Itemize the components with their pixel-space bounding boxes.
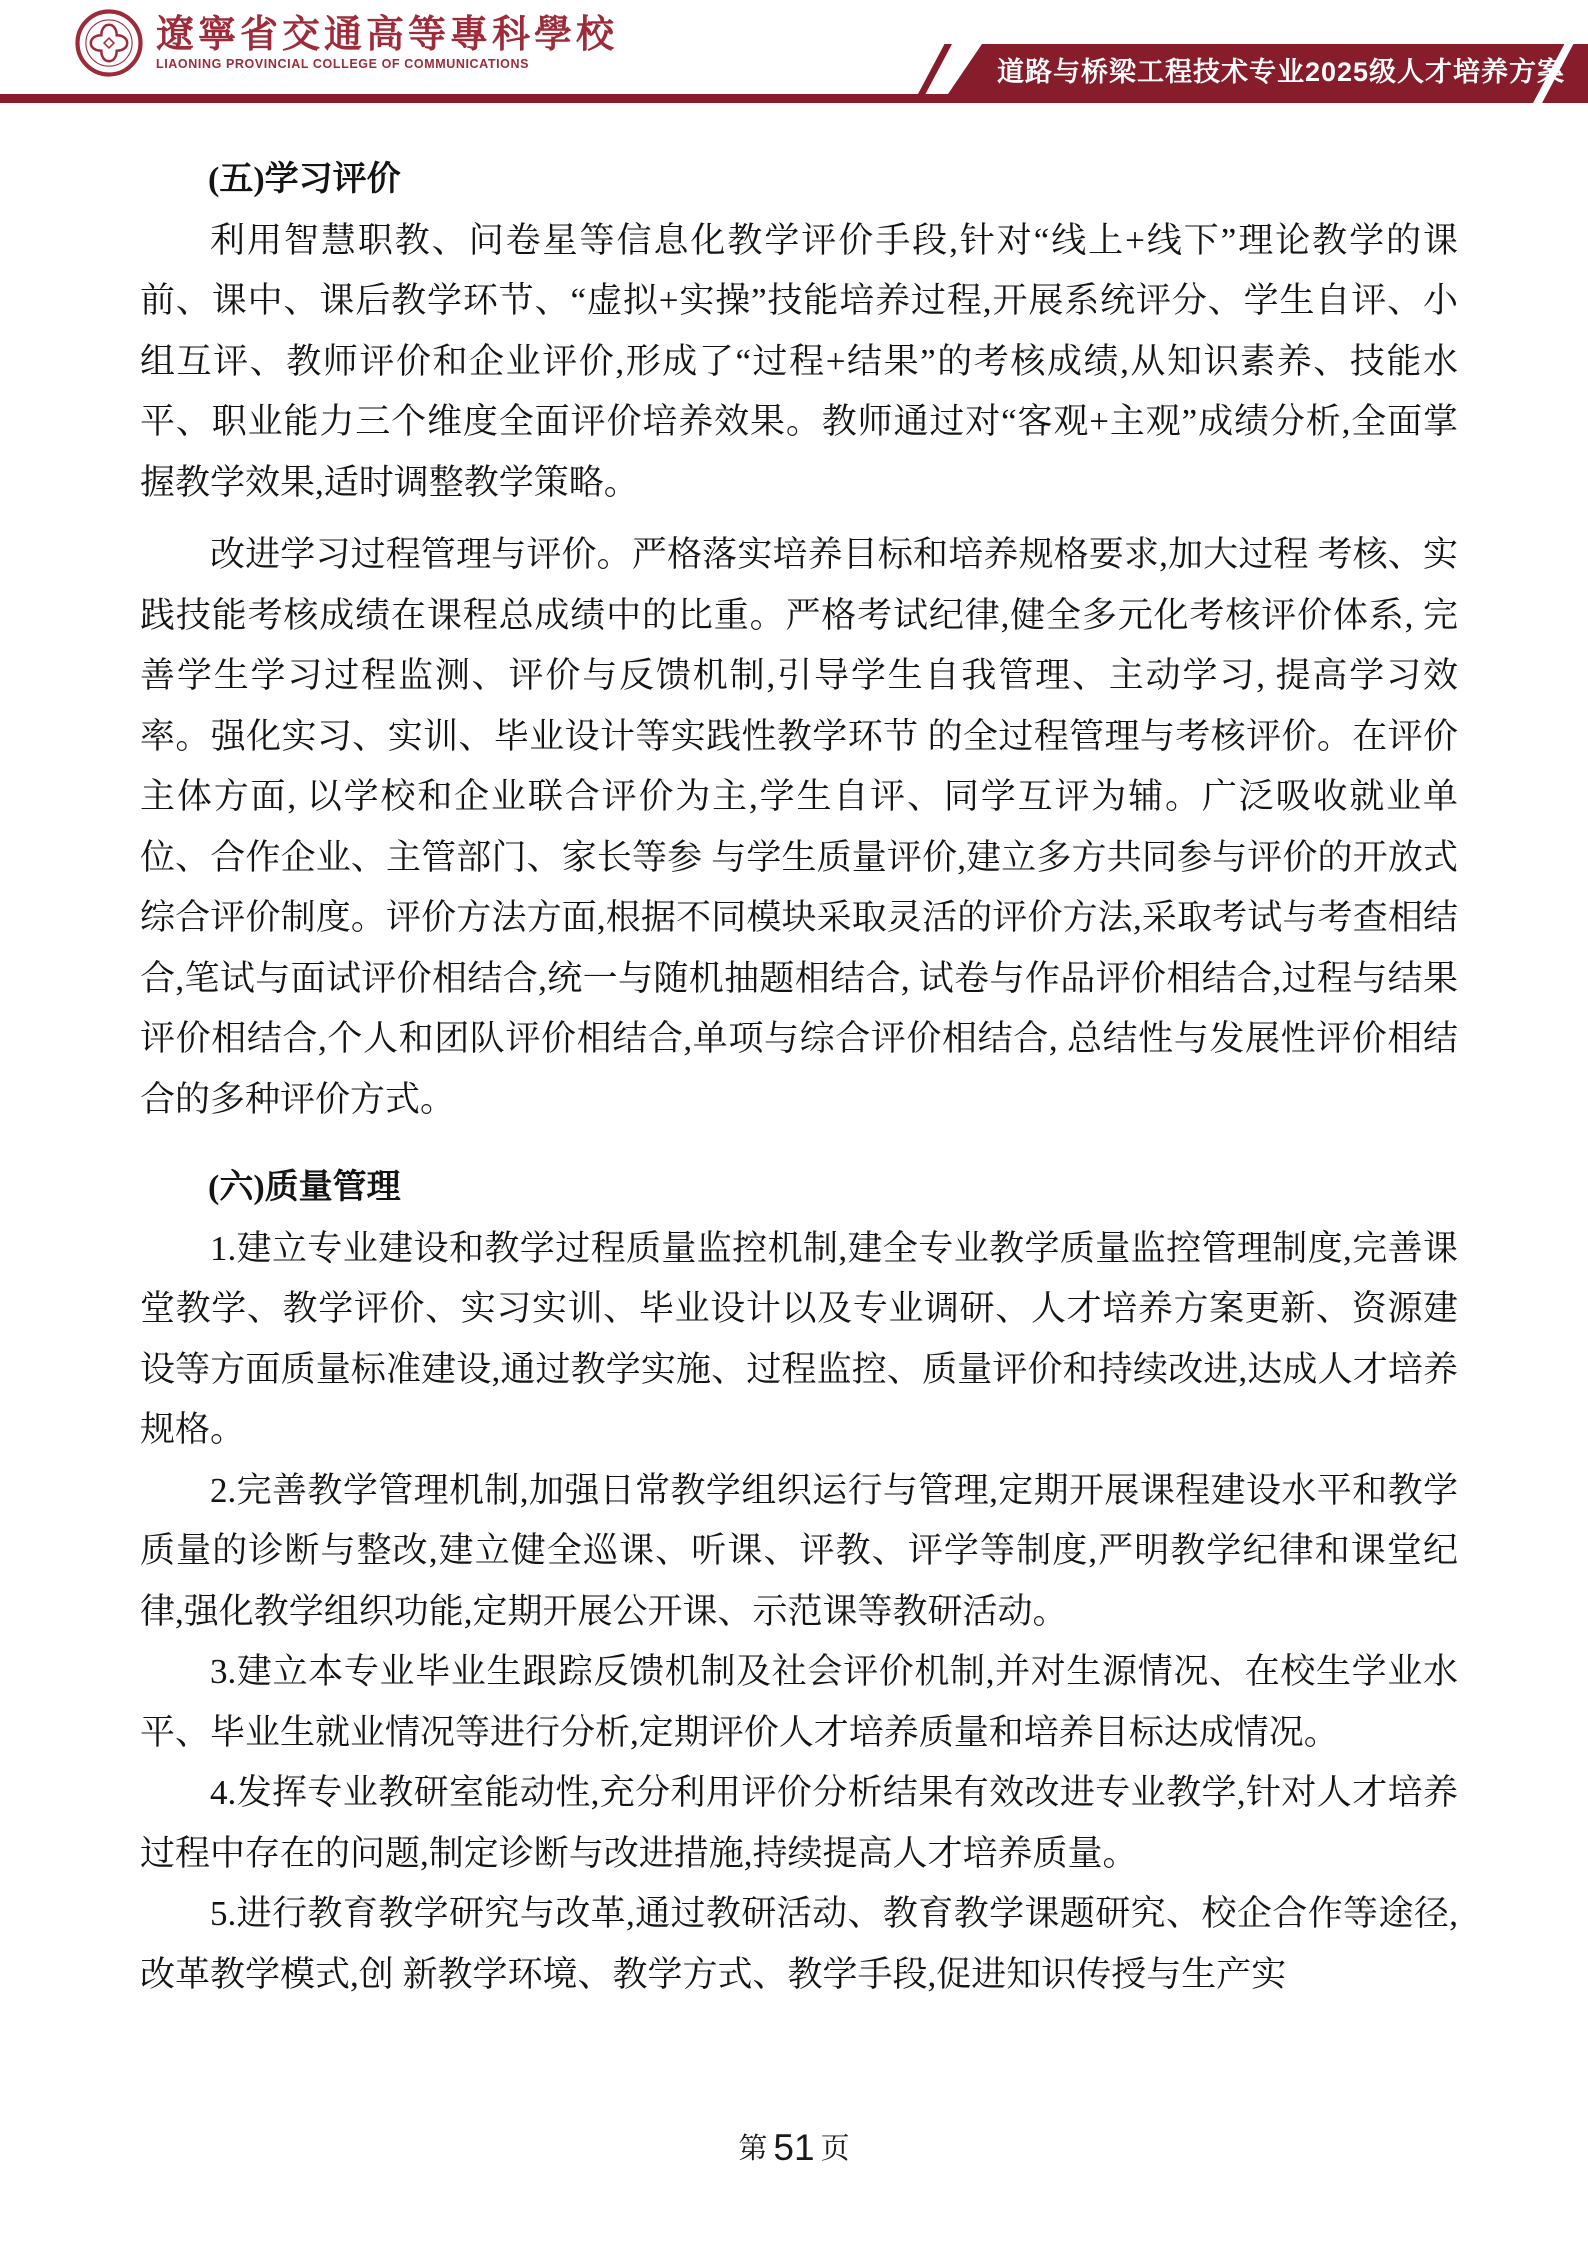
page-header: 遼寧省交通高等專科學校 LIAONING PROVINCIAL COLLEGE … [0,0,1588,104]
page-footer: 第51页 [0,2126,1588,2169]
header-banner: 道路与桥梁工程技术专业2025级人才培养方案 [948,44,1588,94]
section-5-paragraph-1: 利用智慧职教、问卷星等信息化教学评价手段,针对“线上+线下”理论教学的课前、课中… [140,211,1458,514]
section-6-item-1: 1.建立专业建设和教学过程质量监控机制,建全专业教学质量监控管理制度,完善课堂教… [140,1219,1458,1461]
banner-accent-stripe [918,44,952,94]
page-number: 51 [767,2127,820,2168]
section-6-item-3: 3.建立本专业毕业生跟踪反馈机制及社会评价机制,并对生源情况、在校生学业水平、毕… [140,1642,1458,1763]
section-5-heading: (五)学习评价 [140,150,1458,211]
school-name-en: LIAONING PROVINCIAL COLLEGE OF COMMUNICA… [156,56,618,72]
school-seal-icon [74,8,144,78]
section-5-paragraph-2: 改进学习过程管理与评价。严格落实培养目标和培养规格要求,加大过程 考核、实践技能… [140,525,1458,1130]
school-logo: 遼寧省交通高等專科學校 LIAONING PROVINCIAL COLLEGE … [74,8,618,78]
header-divider-rule [0,94,1588,103]
section-6-item-2: 2.完善教学管理机制,加强日常教学组织运行与管理,定期开展课程建设水平和教学质量… [140,1461,1458,1643]
page-number-prefix: 第 [738,2133,767,2165]
section-6-heading: (六)质量管理 [140,1158,1458,1219]
section-6-item-5: 5.进行教育教学研究与改革,通过教研活动、教育教学课题研究、校企合作等途径, 改… [140,1884,1458,2005]
document-body: (五)学习评价 利用智慧职教、问卷星等信息化教学评价手段,针对“线上+线下”理论… [0,104,1588,2005]
page-number-suffix: 页 [821,2133,850,2165]
school-name-block: 遼寧省交通高等專科學校 LIAONING PROVINCIAL COLLEGE … [156,14,618,72]
school-name-zh: 遼寧省交通高等專科學校 [156,14,618,56]
document-page: { "header": { "logo": { "school_name_zh"… [0,0,1588,2245]
section-6-item-4: 4.发挥专业教研室能动性,充分利用评价分析结果有效改进专业教学,针对人才培养过程… [140,1763,1458,1884]
banner-title: 道路与桥梁工程技术专业2025级人才培养方案 [971,50,1565,89]
